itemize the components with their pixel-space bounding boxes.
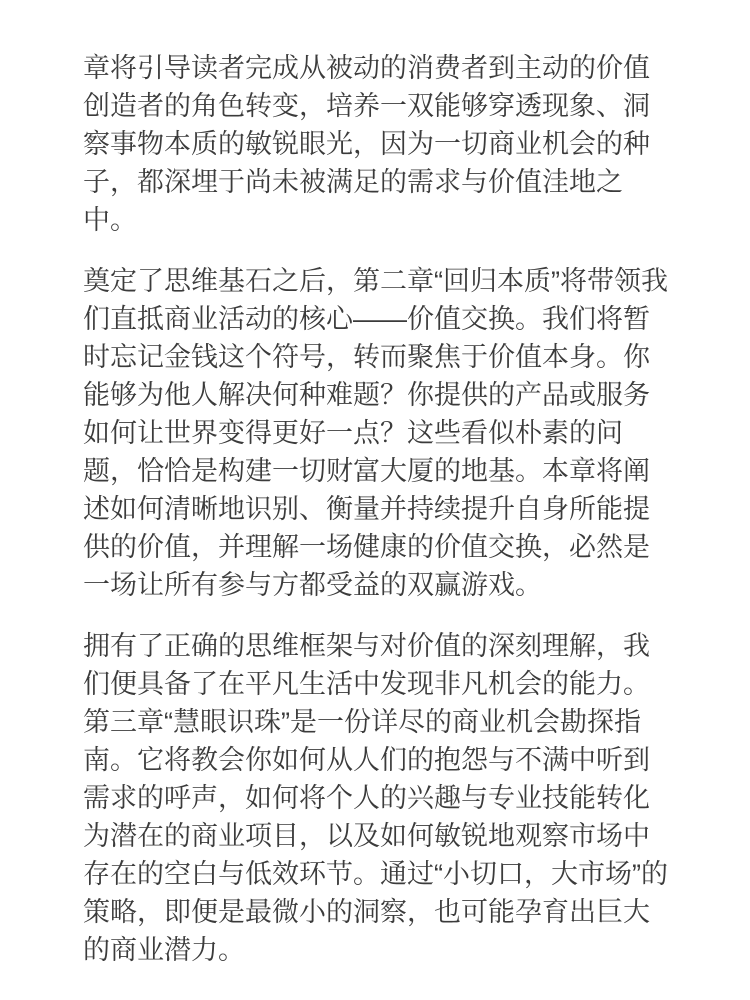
paragraph-3: 拥有了正确的思维框架与对价值的深刻理解，我们便具备了在平凡生活中发现非凡机会的能… xyxy=(83,627,669,969)
document-page: 章将引导读者完成从被动的消费者到主动的价值创造者的角色转变，培养一双能够穿透现象… xyxy=(0,0,750,1000)
paragraph-2: 奠定了思维基石之后，第二章“回归本质”将带领我们直抵商业活动的核心——价值交换。… xyxy=(83,262,669,604)
paragraph-1: 章将引导读者完成从被动的消费者到主动的价值创造者的角色转变，培养一双能够穿透现象… xyxy=(83,49,669,239)
